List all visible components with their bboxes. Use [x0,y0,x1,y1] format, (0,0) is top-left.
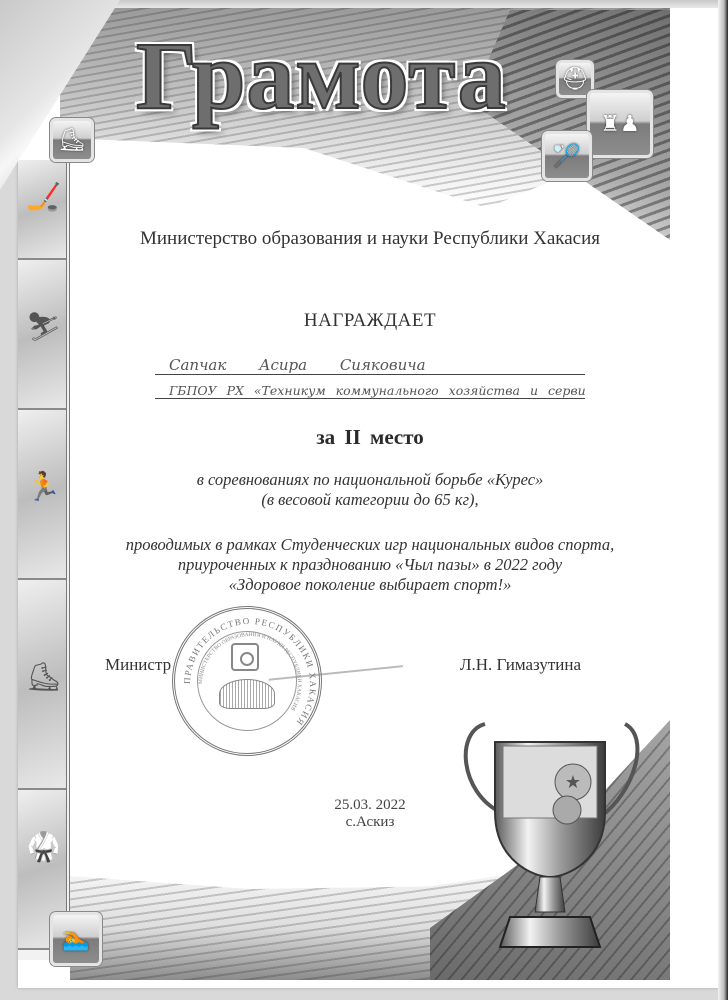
signatory-title: Министр [105,655,171,675]
signatory-name: Л.Н. Гимазутина [460,655,581,675]
competition-description: в соревнованиях по национальной борьбе «… [70,470,670,510]
scan-edge-right [718,0,728,1000]
side-photo-hockey: 🏒 [18,160,66,260]
competition-line: в соревнованиях по национальной борьбе «… [70,470,670,490]
side-photo-skater: ⛸ [18,580,66,790]
trophy-cup-icon: ★ [455,712,645,962]
side-photo-runners: 🏃 [18,410,66,580]
certificate-title: Грамота [136,28,507,124]
chess-icon: ♜♟ [587,90,653,158]
skate-icon: ⛸ [50,118,94,162]
svg-text:★: ★ [565,772,581,792]
issuer-name: Министерство образования и науки Республ… [70,228,670,250]
official-stamp: ПРАВИТЕЛЬСТВО РЕСПУБЛИКИ ХАКАСИЯ МИНИСТЕ… [172,606,322,756]
event-description: проводимых в рамках Студенческих игр нац… [70,535,670,595]
competition-line: (в весовой категории до 65 кг), [70,490,670,510]
recipient-name: Сапчак Асира Сияковича [155,356,585,375]
side-photo-ski: ⛷ [18,260,66,410]
tennis-racket-icon: 🏸 [542,131,592,181]
event-line: проводимых в рамках Студенческих игр нац… [70,535,670,555]
mountains-emblem-icon [219,679,275,709]
place-awarded: за II место [70,425,670,450]
recipient-organization: ГБПОУ РХ «Техникум коммунального хозяйст… [155,383,585,399]
event-line: приуроченных к празднованию «Чыл пазы» в… [70,555,670,575]
event-line: «Здоровое поколение выбирает спорт!» [70,575,670,595]
coat-of-arms-icon [231,643,259,671]
swimming-icon: 🏊 [50,912,102,966]
awards-label: НАГРАЖДАЕТ [70,310,670,332]
side-photo-strip: 🏒 ⛷ 🏃 ⛸ 🥋 [18,160,70,960]
